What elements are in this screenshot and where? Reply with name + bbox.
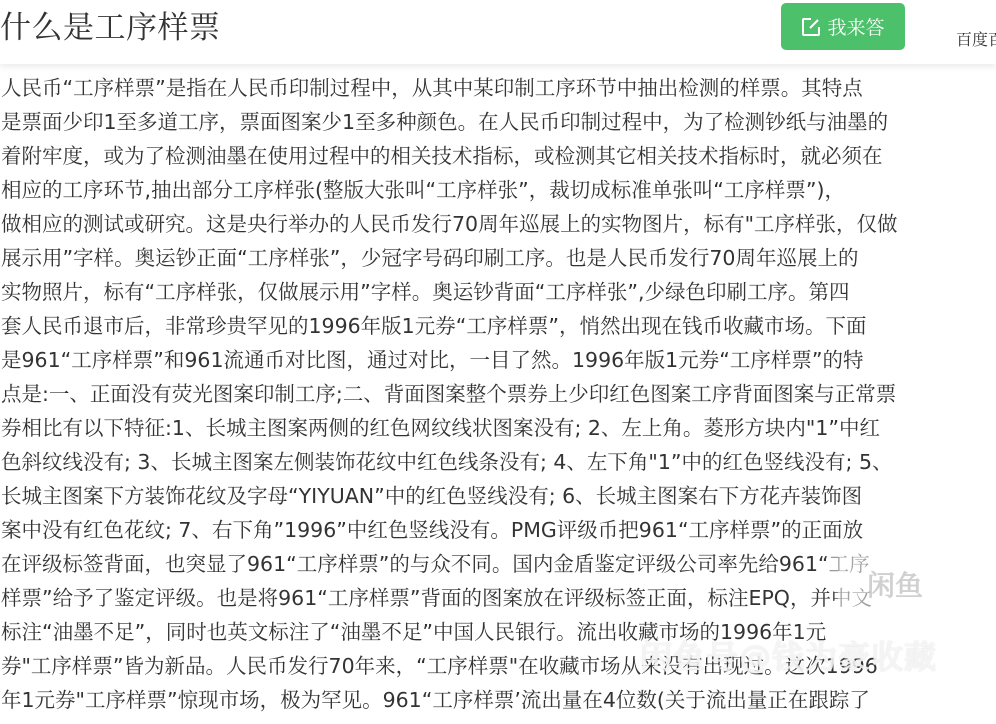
article-line: 展示用”字样。奥运钞正面“工序样张”，少冠字号码印刷工序。也是人民币发行70周年…: [0, 241, 996, 275]
article-line: 点是:一、正面没有荧光图案印制工序;二、背面图案整个票券上少印红色图案工序背面图…: [0, 377, 996, 411]
article-line: 在评级标签背面，也突显了961“工序样票”的与众不同。国内金盾鉴定评级公司率先给…: [0, 547, 996, 581]
article-line: 样票”给予了鉴定评级。也是将961“工序样票”背面的图案放在评级标签正面，标注E…: [0, 581, 996, 615]
article-line: 标注“油墨不足”，同时也英文标注了“油墨不足”中国人民银行。流出收藏市场的199…: [0, 615, 996, 649]
article-line: 券"工序样票”皆为新品。人民币发行70年来，“工序样票"在收藏市场从来没有出现过…: [0, 649, 996, 683]
answer-button-label: 我来答: [827, 13, 884, 40]
article-line: 是票面少印1至多道工序，票面图案少1至多种颜色。在人民币印制过程中，为了检测钞纸…: [0, 105, 996, 139]
article-body: 人民币“工序样票”是指在人民币印制过程中，从其中某印制工序环节中抽出检测的样票。…: [0, 71, 996, 717]
article-line: 实物照片，标有“工序样张，仅做展示用”字样。奥运钞背面“工序样张”,少绿色印刷工…: [0, 275, 996, 309]
article-line: 年1元券"工序样票”惊现市场，极为罕见。961“工序样票’流出量在4位数(关于流…: [0, 683, 996, 717]
page-title: 什么是工序样票: [0, 8, 221, 48]
article-line: 是961“工序样票”和961流通币对比图，通过对比，一目了然。1996年版1元券…: [0, 343, 996, 377]
article-line: 色斜纹线没有; 3、长城主图案左侧装饰花纹中红色线条没有; 4、左下角"1”中的…: [0, 445, 996, 479]
edit-icon: [801, 17, 821, 37]
answer-button[interactable]: 我来答: [781, 3, 905, 50]
header-bar: 什么是工序样票 我来答 百度百: [0, 0, 996, 64]
article-line: 人民币“工序样票”是指在人民币印制过程中，从其中某印制工序环节中抽出检测的样票。…: [0, 71, 996, 105]
article-line: 长城主图案下方装饰花纹及字母“YIYUAN”中的红色竖线没有; 6、长城主图案右…: [0, 479, 996, 513]
article-line: 着附牢度，或为了检测油墨在使用过程中的相关技术指标，或检测其它相关技术指标时，就…: [0, 139, 996, 173]
article-line: 套人民币退市后，非常珍贵罕见的1996年版1元券“工序样票”，悄然出现在钱币收藏…: [0, 309, 996, 343]
article-line: 券相比有以下特征:1、长城主图案两侧的红色网纹线状图案没有; 2、左上角。菱形方…: [0, 411, 996, 445]
article-line: 做相应的测试或研究。这是央行举办的人民币发行70周年巡展上的实物图片，标有"工序…: [0, 207, 996, 241]
baidu-link[interactable]: 百度百: [956, 27, 996, 50]
article-line: 相应的工序环节,抽出部分工序样张(整版大张叫“工序样张”，裁切成标准单张叫“工序…: [0, 173, 996, 207]
article-line: 案中没有红色花纹; 7、右下角”1996”中红色竖线没有。PMG评级币把961“…: [0, 513, 996, 547]
